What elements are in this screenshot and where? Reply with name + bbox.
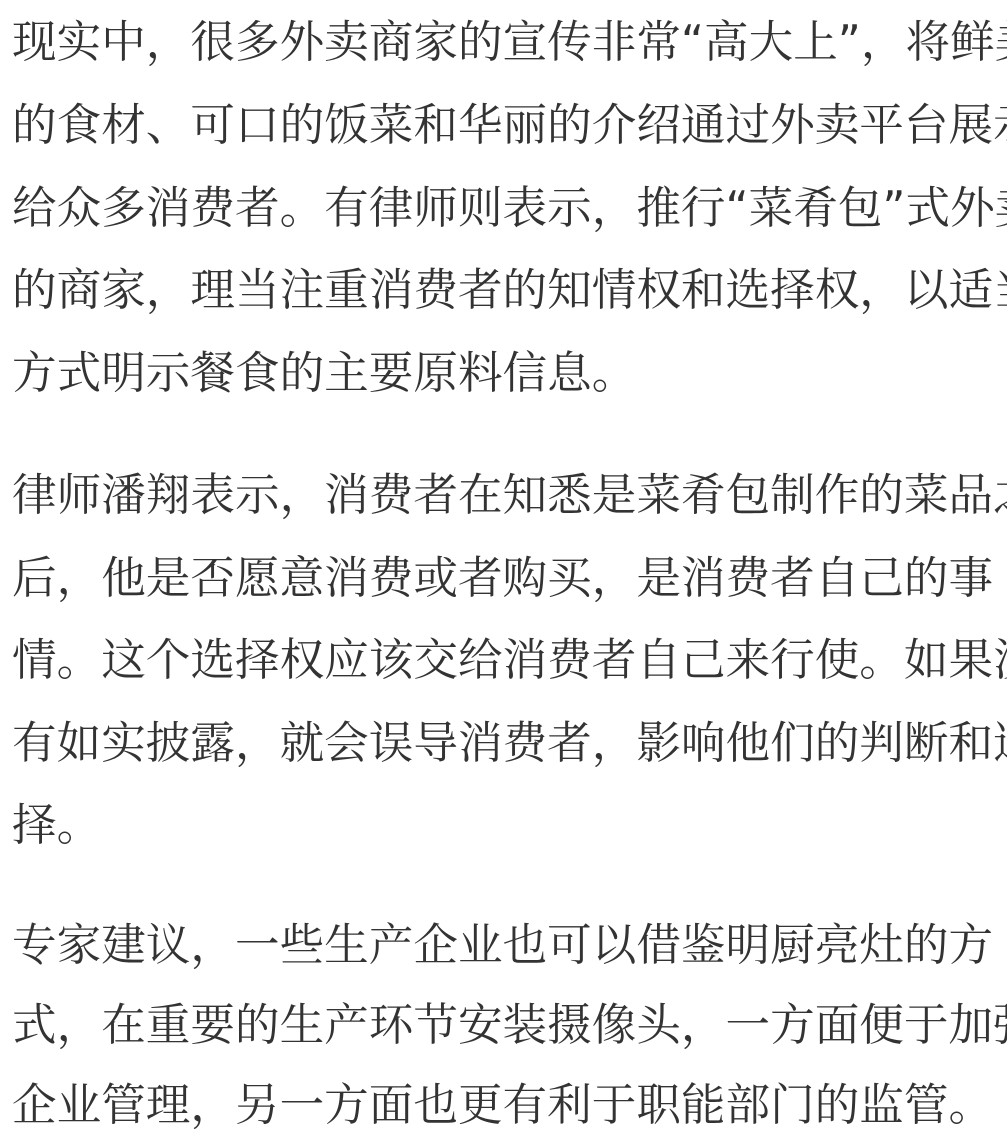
- paragraph-line: 的食材、可口的饭菜和华丽的介绍通过外卖平台展示: [12, 95, 1007, 155]
- paragraph-line: 给众多消费者。有律师则表示，推行“菜肴包”式外卖: [12, 178, 1007, 238]
- paragraph-line: 的商家，理当注重消费者的知情权和选择权，以适当: [12, 260, 1007, 320]
- paragraph-line: 择。: [12, 795, 101, 855]
- paragraph-line: 律师潘翔表示，消费者在知悉是菜肴包制作的菜品之: [12, 465, 1007, 525]
- paragraph-line: 后，他是否愿意消费或者购买，是消费者自己的事: [12, 548, 993, 608]
- paragraph-line: 情。这个选择权应该交给消费者自己来行使。如果没: [12, 630, 1007, 690]
- paragraph-line: 现实中，很多外卖商家的宣传非常“高大上”，将鲜美: [12, 12, 1007, 72]
- paragraph-line: 专家建议，一些生产企业也可以借鉴明厨亮灶的方: [12, 915, 993, 975]
- paragraph-line: 式，在重要的生产环节安装摄像头，一方面便于加强: [12, 995, 1007, 1055]
- paragraph-line: 方式明示餐食的主要原料信息。: [12, 343, 636, 403]
- paragraph-line: 企业管理，另一方面也更有利于职能部门的监管。: [12, 1075, 993, 1129]
- paragraph-line: 有如实披露，就会误导消费者，影响他们的判断和选: [12, 713, 1007, 773]
